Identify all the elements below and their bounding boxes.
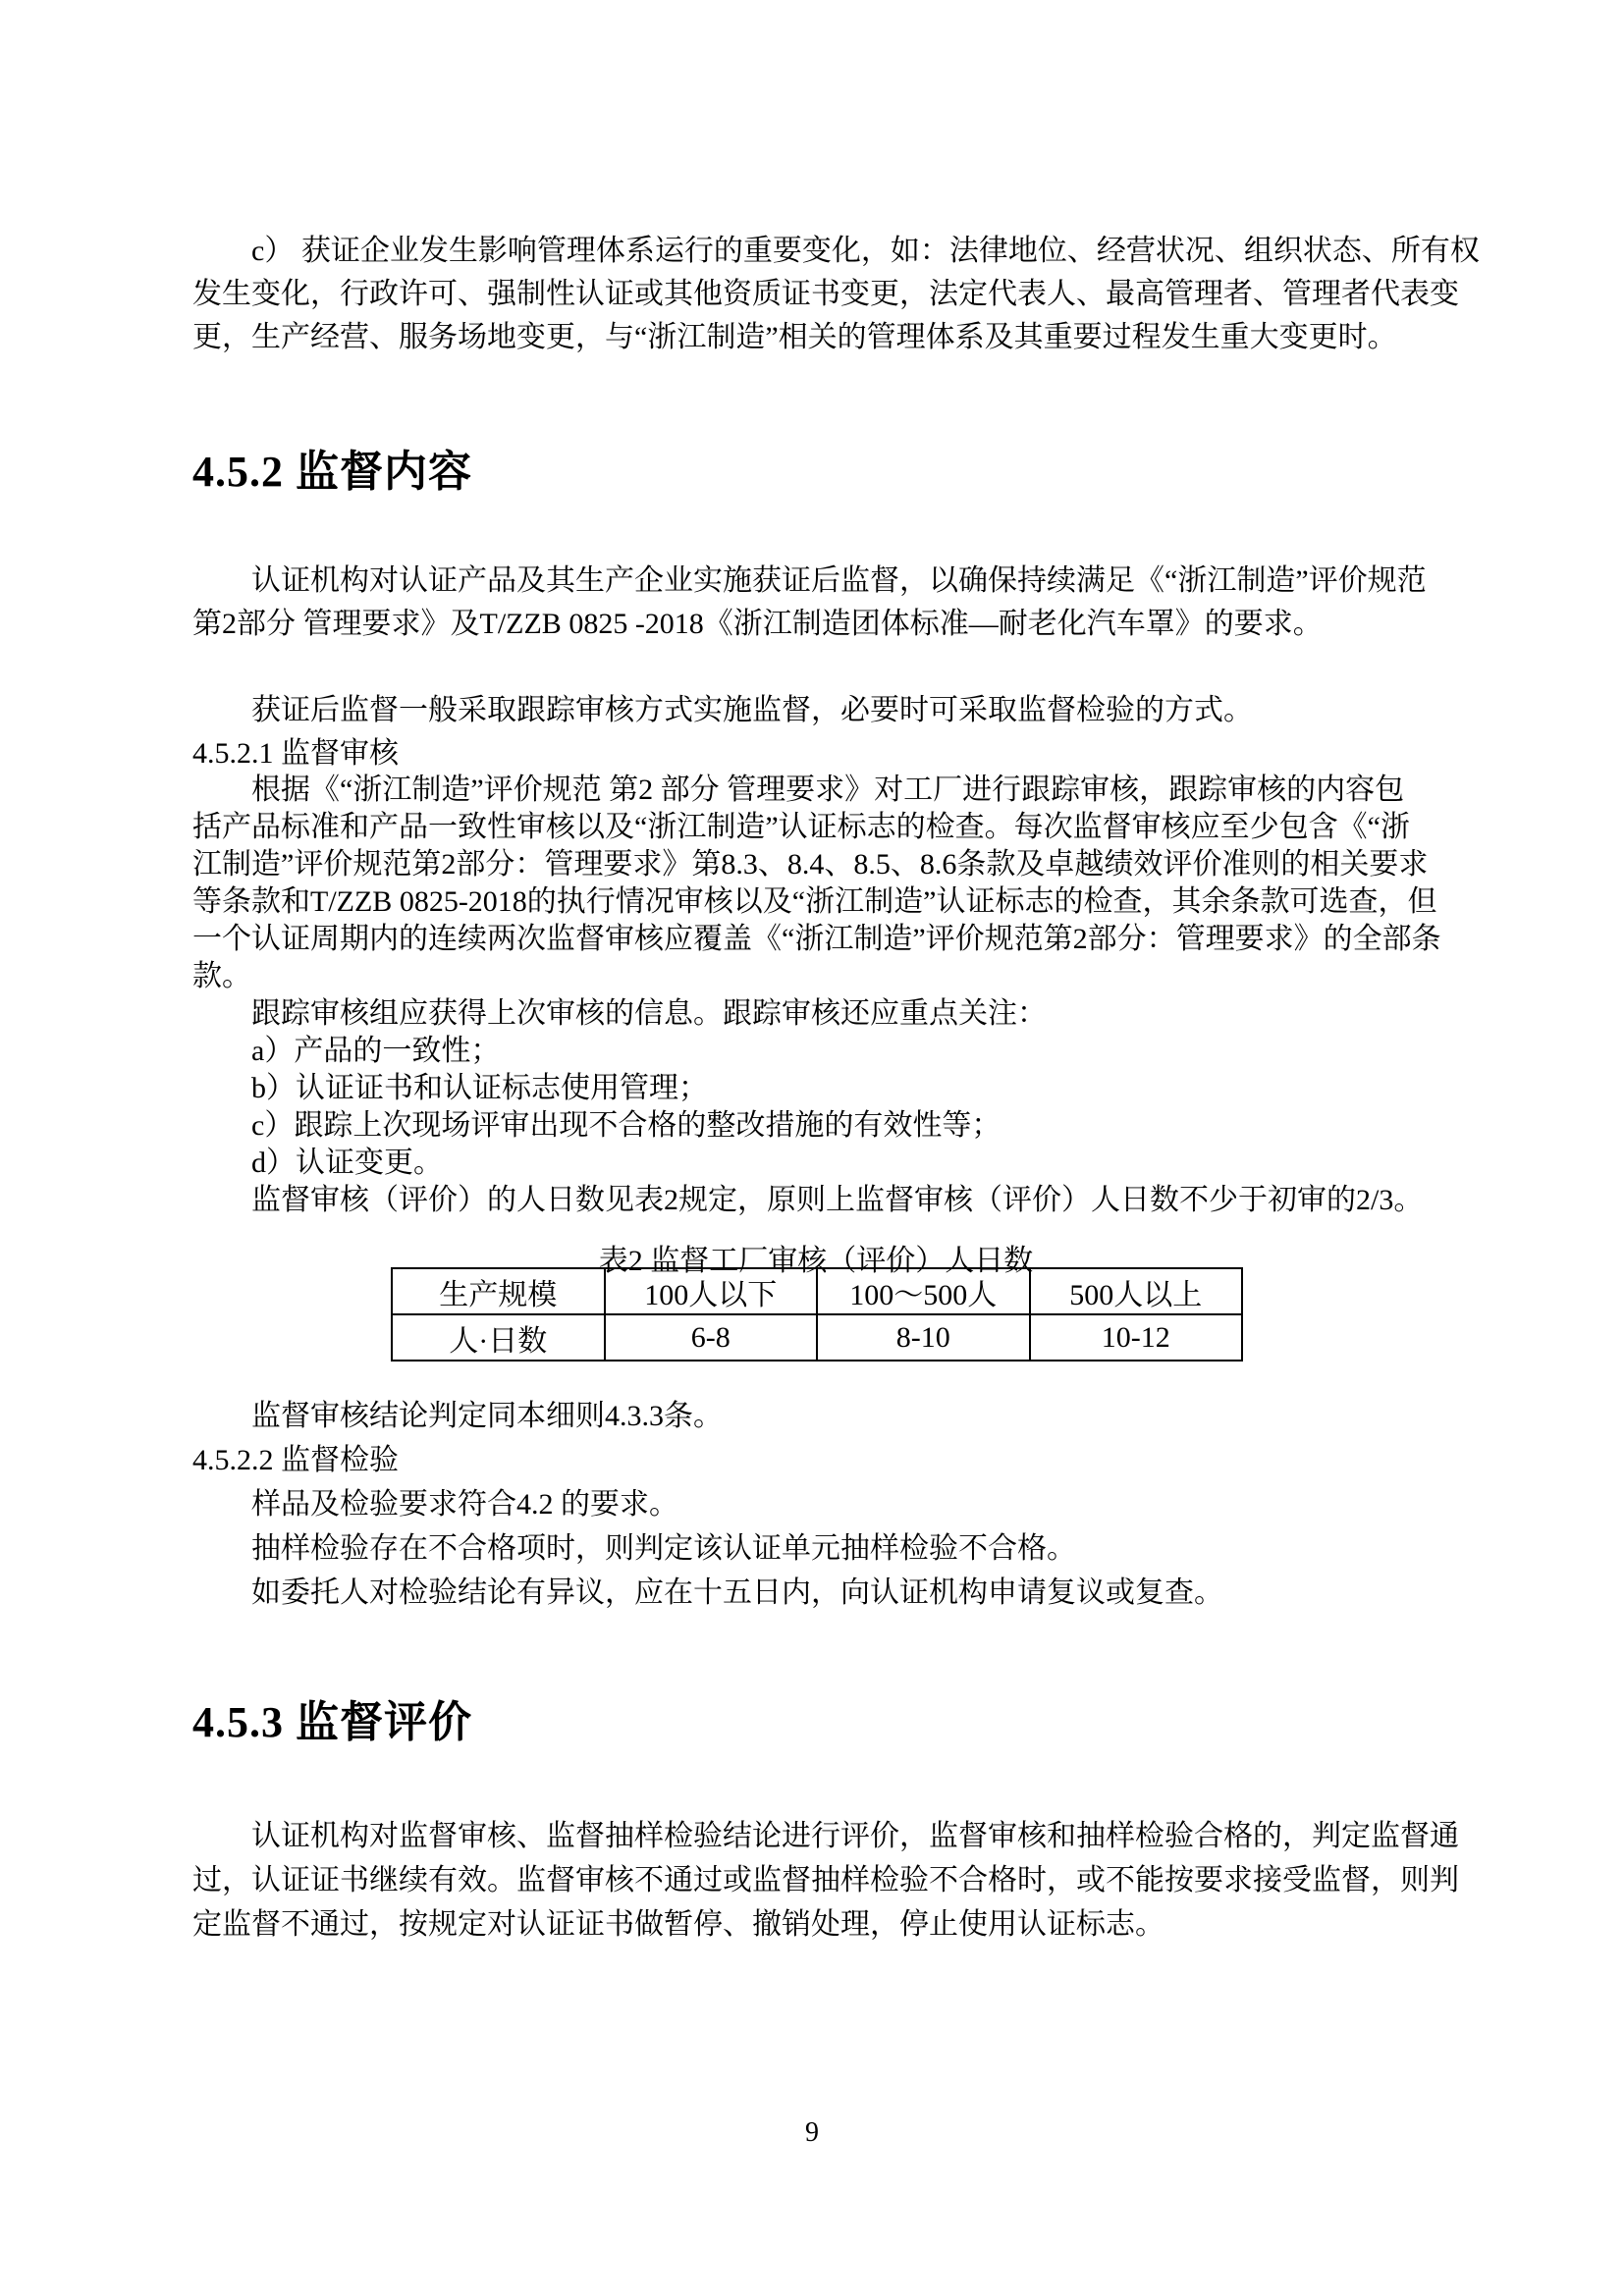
- paragraph-line: 定监督不通过，按规定对认证证书做暂停、撤销处理，停止使用认证标志。: [192, 1902, 1439, 1947]
- paragraph-line: 跟踪审核组应获得上次审核的信息。跟踪审核还应重点关注：: [192, 995, 1439, 1033]
- paragraph-objection: 如委托人对检验结论有异议，应在十五日内，向认证机构申请复议或复查。: [192, 1572, 1439, 1615]
- paragraph-sampling-fail: 抽样检验存在不合格项时，则判定该认证单元抽样检验不合格。: [192, 1527, 1439, 1571]
- paragraph-line: 认证机构对认证产品及其生产企业实施获证后监督，以确保持续满足《“浙江制造”评价规…: [192, 560, 1439, 603]
- subsection-heading-line: 4.5.2.2 监督检验: [192, 1439, 1439, 1482]
- paragraph-line: 过，认证证书继续有效。监督审核不通过或监督抽样检验不合格时，或不能按要求接受监督…: [192, 1858, 1439, 1902]
- paragraph-line: 监督审核（评价）的人日数见表2规定，原则上监督审核（评价）人日数不少于初审的2/…: [192, 1182, 1439, 1219]
- table-cell: 10-12: [1030, 1314, 1243, 1361]
- paragraph-line: c） 获证企业发生影响管理体系运行的重要变化，如：法律地位、经营状况、组织状态、…: [192, 230, 1439, 273]
- paragraph-c: c） 获证企业发生影响管理体系运行的重要变化，如：法律地位、经营状况、组织状态、…: [192, 230, 1439, 359]
- table-row: 生产规模 100人以下 100～500人 500人以上: [392, 1268, 1242, 1314]
- table-cell: 100人以下: [605, 1268, 818, 1314]
- paragraph-line: 括产品标准和产品一致性审核以及“浙江制造”认证标志的检查。每次监督审核应至少包含…: [192, 809, 1439, 846]
- table-cell: 6-8: [605, 1314, 818, 1361]
- subsection-heading-4-5-2-2: 4.5.2.2 监督检验: [192, 1439, 1439, 1482]
- table-cell: 人·日数: [392, 1314, 605, 1361]
- paragraph-line: 抽样检验存在不合格项时，则判定该认证单元抽样检验不合格。: [192, 1527, 1439, 1571]
- list-item-b: b）认证证书和认证标志使用管理；: [192, 1070, 1439, 1107]
- paragraph-line: 如委托人对检验结论有异议，应在十五日内，向认证机构申请复议或复查。: [192, 1572, 1439, 1615]
- list-item-c: c）跟踪上次现场评审出现不合格的整改措施的有效性等；: [192, 1107, 1439, 1145]
- paragraph-supervision-evaluation: 认证机构对监督审核、监督抽样检验结论进行评价，监督审核和抽样检验合格的，判定监督…: [192, 1814, 1439, 1947]
- paragraph-line: 第2部分 管理要求》及T/ZZB 0825 -2018《浙江制造团体标准—耐老化…: [192, 603, 1439, 646]
- subsection-heading-4-5-2-1: 4.5.2.1 监督审核: [192, 732, 1439, 775]
- section-heading-4-5-2: 4.5.2 监督内容: [192, 436, 472, 499]
- table-cell: 生产规模: [392, 1268, 605, 1314]
- paragraph-line: 款。: [192, 958, 1439, 995]
- table-row: 人·日数 6-8 8-10 10-12: [392, 1314, 1242, 1361]
- subsection-heading-line: 4.5.2.1 监督审核: [192, 732, 1439, 775]
- paragraph-line: 监督审核结论判定同本细则4.3.3条。: [192, 1395, 1439, 1438]
- section-heading-4-5-3: 4.5.3 监督评价: [192, 1686, 472, 1749]
- paragraph-line: 更，生产经营、服务场地变更，与“浙江制造”相关的管理体系及其重要过程发生重大变更…: [192, 316, 1439, 359]
- list-item-d: d）认证变更。: [192, 1145, 1439, 1182]
- paragraph-line: 江制造”评价规范第2部分：管理要求》第8.3、8.4、8.5、8.6条款及卓越绩…: [192, 846, 1439, 883]
- paragraph-line: 认证机构对监督审核、监督抽样检验结论进行评价，监督审核和抽样检验合格的，判定监督…: [192, 1814, 1439, 1858]
- paragraph-line: 根据《“浙江制造”评价规范 第2 部分 管理要求》对工厂进行跟踪审核，跟踪审核的…: [192, 772, 1439, 809]
- document-page: c） 获证企业发生影响管理体系运行的重要变化，如：法律地位、经营状况、组织状态、…: [0, 0, 1624, 2296]
- paragraph-post-cert-supervision: 获证后监督一般采取跟踪审核方式实施监督，必要时可采取监督检验的方式。: [192, 689, 1439, 732]
- paragraph-sample-requirements: 样品及检验要求符合4.2 的要求。: [192, 1483, 1439, 1526]
- paragraph-line: 样品及检验要求符合4.2 的要求。: [192, 1483, 1439, 1526]
- paragraph-line: 等条款和T/ZZB 0825-2018的执行情况审核以及“浙江制造”认证标志的检…: [192, 883, 1439, 921]
- man-day-table: 生产规模 100人以下 100～500人 500人以上 人·日数 6-8 8-1…: [391, 1267, 1243, 1362]
- table-cell: 100～500人: [817, 1268, 1030, 1314]
- paragraph-line: 发生变化，行政许可、强制性认证或其他资质证书变更，法定代表人、最高管理者、管理者…: [192, 273, 1439, 316]
- list-item-a: a）产品的一致性；: [192, 1033, 1439, 1070]
- page-number: 9: [0, 2117, 1624, 2149]
- table-cell: 8-10: [817, 1314, 1030, 1361]
- paragraph-follow-up-audit: 根据《“浙江制造”评价规范 第2 部分 管理要求》对工厂进行跟踪审核，跟踪审核的…: [192, 772, 1439, 1219]
- paragraph-line: 获证后监督一般采取跟踪审核方式实施监督，必要时可采取监督检验的方式。: [192, 689, 1439, 732]
- paragraph-audit-conclusion: 监督审核结论判定同本细则4.3.3条。: [192, 1395, 1439, 1438]
- paragraph-line: 一个认证周期内的连续两次监督审核应覆盖《“浙江制造”评价规范第2部分：管理要求》…: [192, 921, 1439, 958]
- table-cell: 500人以上: [1030, 1268, 1243, 1314]
- paragraph-certification-body: 认证机构对认证产品及其生产企业实施获证后监督，以确保持续满足《“浙江制造”评价规…: [192, 560, 1439, 646]
